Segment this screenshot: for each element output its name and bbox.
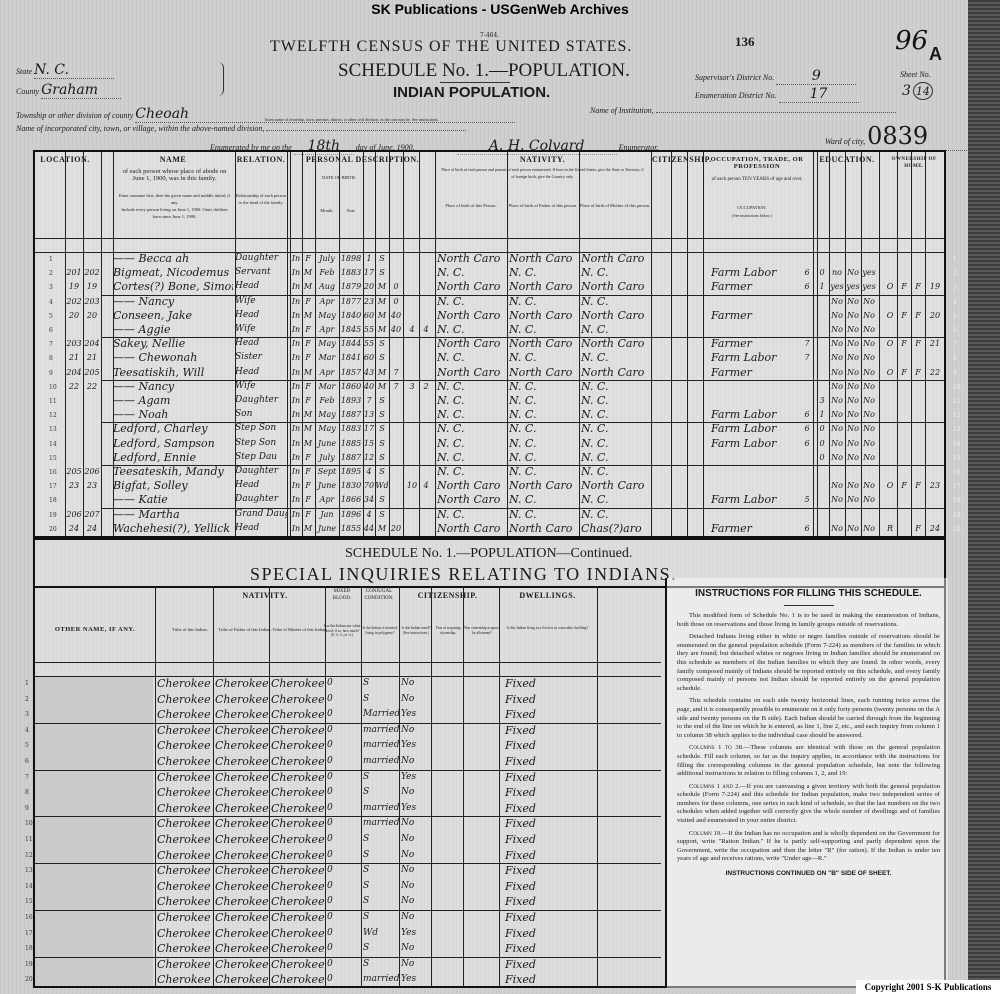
cell-taxed: Yes: [401, 927, 431, 940]
ward-value: 0839: [867, 122, 928, 150]
line-number: 2: [953, 270, 957, 277]
cell-read: No: [829, 479, 845, 492]
line-number: 3: [49, 284, 53, 291]
cell-dwelling: 24: [65, 522, 83, 535]
cell-month: Apr: [315, 295, 339, 308]
cell-color: In: [290, 337, 302, 350]
cell-marital: S: [375, 465, 389, 478]
cell-dwelling: Fixed: [505, 771, 595, 784]
cell-tribe: Cherokee: [157, 849, 215, 862]
cell-conjugal: married: [363, 739, 399, 752]
instructions-p3: This schedule contains on each side twen…: [677, 697, 940, 740]
cell-mixed: 0: [327, 880, 361, 893]
brace: [218, 62, 224, 96]
cell-family: 20: [83, 309, 101, 322]
cell-farm: F: [911, 366, 925, 379]
line-number: 10: [49, 384, 57, 391]
table-row: 3CherokeeCherokeeCherokee0MarriedYesFixe…: [35, 707, 665, 723]
cell-english: No: [861, 366, 877, 379]
cell-age: 20: [363, 280, 375, 293]
cell-read: No: [829, 295, 845, 308]
sheet-circled: 14: [913, 82, 933, 100]
cell-mother: Cherokee: [271, 786, 327, 799]
line-number: 12: [25, 852, 33, 859]
cell-mother-birth: North Caro: [581, 309, 651, 322]
cell-write: yes: [845, 280, 861, 293]
cell-yrs-married: 7: [389, 380, 403, 393]
cell-school: 1: [817, 408, 827, 421]
cell-school: 0: [817, 451, 827, 464]
cell-year: 1879: [339, 280, 363, 293]
cell-mother-birth: North Caro: [581, 252, 651, 265]
cell-relation: Sister: [235, 351, 287, 364]
cell-month: Apr: [315, 366, 339, 379]
cell-sex: F: [302, 380, 314, 393]
cell-read: no: [829, 266, 845, 279]
cell-year: 1855: [339, 522, 363, 535]
cell-taxed: Yes: [401, 771, 431, 784]
cell-occupation: Farmer: [711, 366, 801, 379]
cell-months-unemp: 7: [801, 351, 813, 364]
cell-age: 13: [363, 408, 375, 421]
line-number: 20: [25, 976, 33, 983]
cell-owned: O: [883, 366, 897, 379]
cell-year: 1883: [339, 422, 363, 435]
cell-dwelling: Fixed: [505, 833, 595, 846]
cell-taxed: Yes: [401, 802, 431, 815]
cell-dwelling: Fixed: [505, 739, 595, 752]
line-number: 18: [49, 497, 57, 504]
cell-father-birth: N. C.: [509, 508, 579, 521]
cell-dwelling: Fixed: [505, 724, 595, 737]
line-number: 16: [25, 914, 33, 921]
cell-father-birth: North Caro: [509, 479, 579, 492]
cell-free: F: [897, 366, 911, 379]
cell-dwelling: 202: [65, 295, 83, 308]
cell-color: In: [290, 522, 302, 535]
cell-conjugal: Married: [363, 708, 399, 721]
cell-month: May: [315, 309, 339, 322]
cell-english: No: [861, 351, 877, 364]
cell-birth: N. C.: [437, 451, 507, 464]
cell-dwelling: Fixed: [505, 958, 595, 971]
header-name: NAME: [113, 156, 233, 163]
table-row: 1CherokeeCherokeeCherokee0SNoFixed: [35, 676, 665, 692]
table-row: 14CherokeeCherokeeCherokee0SNoFixed: [35, 879, 665, 895]
cell-read: No: [829, 422, 845, 435]
line-number: 18: [953, 497, 961, 504]
line-number: 7: [953, 341, 957, 348]
cell-year: 1887: [339, 408, 363, 421]
institution-field: Name of Institution,: [590, 106, 896, 115]
cell-read: No: [829, 366, 845, 379]
cell-marital: M: [375, 380, 389, 393]
cell-mother: Cherokee: [271, 708, 327, 721]
cell-name: Ledford, Charley: [113, 422, 233, 435]
cell-tribe: Cherokee: [157, 880, 215, 893]
cell-english: No: [861, 479, 877, 492]
cell-month: Feb: [315, 394, 339, 407]
cell-other-name: [35, 957, 153, 973]
cell-relation: Son: [235, 408, 287, 421]
cell-father: Cherokee: [215, 880, 271, 893]
cell-sex: F: [302, 493, 314, 506]
cell-english: No: [861, 422, 877, 435]
cell-dwelling: Fixed: [505, 802, 595, 815]
line-number: 9: [49, 370, 53, 377]
cell-tribe: Cherokee: [157, 864, 215, 877]
cell-mother: Cherokee: [271, 942, 327, 955]
cell-other-name: [35, 848, 153, 864]
table-row: 1414Ledford, SampsonStep SonInMJune18851…: [35, 437, 944, 451]
line-number: 1: [953, 256, 957, 263]
line-number: 17: [953, 483, 961, 490]
cell-birth: N. C.: [437, 465, 507, 478]
cell-owned: O: [883, 309, 897, 322]
cell-marital: M: [375, 295, 389, 308]
cell-father: Cherokee: [215, 942, 271, 955]
cell-occupation: Farm Labor: [711, 493, 801, 506]
township-value: Cheoah: [135, 106, 189, 122]
header-relation: RELATION.: [235, 156, 287, 163]
cell-birth: N. C.: [437, 394, 507, 407]
cell-father-birth: North Caro: [509, 522, 579, 535]
table-row: 19CherokeeCherokeeCherokee0SNoFixed: [35, 957, 665, 973]
cell-mother: Cherokee: [271, 958, 327, 971]
cell-father: Cherokee: [215, 802, 271, 815]
header-education: EDUCATION.: [817, 156, 877, 163]
instructions-footer: INSTRUCTIONS CONTINUED ON "B" SIDE OF SH…: [677, 870, 940, 877]
cell-other-name: [35, 863, 153, 879]
line-number: 13: [49, 426, 57, 433]
cell-relation: Wife: [235, 323, 287, 336]
cell-occupation: Farm Labor: [711, 351, 801, 364]
cell-owned: O: [883, 337, 897, 350]
line-number: 12: [49, 412, 57, 419]
sheet-value-group: 3 14: [902, 82, 933, 100]
cell-birth: North Caro: [437, 479, 507, 492]
cell-father: Cherokee: [215, 771, 271, 784]
cell-month: May: [315, 408, 339, 421]
cell-year: 1887: [339, 451, 363, 464]
cell-name: Wachehesi(?), Yellick: [113, 522, 233, 535]
cell-father: Cherokee: [215, 677, 271, 690]
cell-age: 4: [363, 508, 375, 521]
cell-mixed: 0: [327, 849, 361, 862]
cell-dwelling: 206: [65, 508, 83, 521]
header-citizenship-2: CITIZENSHIP.: [400, 592, 495, 599]
cell-dwelling: Fixed: [505, 942, 595, 955]
line-number: 4: [25, 727, 29, 734]
line-number: 11: [25, 836, 33, 843]
cell-taxed: No: [401, 833, 431, 846]
instructions-title: INSTRUCTIONS FOR FILLING THIS SCHEDULE.: [677, 588, 940, 599]
cell-birth: N. C.: [437, 380, 507, 393]
table-row: 1111—— AgamDaughterInFFeb18937SN. C.N. C…: [35, 394, 944, 408]
cell-name: Teesateskih, Mandy: [113, 465, 233, 478]
cell-mixed: 0: [327, 708, 361, 721]
line-number: 15: [25, 898, 33, 905]
state-field: State N. C.: [16, 62, 114, 79]
cell-mixed: 0: [327, 864, 361, 877]
cell-color: In: [290, 252, 302, 265]
cell-mixed: 0: [327, 911, 361, 924]
cell-other-name: [35, 785, 153, 801]
cell-color: In: [290, 408, 302, 421]
line-number: 6: [953, 327, 957, 334]
line-number: 12: [953, 412, 961, 419]
cell-yrs-married: 0: [389, 295, 403, 308]
cell-conjugal: married: [363, 817, 399, 830]
cell-farm: F: [911, 309, 925, 322]
schedule-subtitle: INDIAN POPULATION.: [393, 84, 550, 101]
enumeration-value: 17: [810, 86, 828, 102]
cell-dwelling: Fixed: [505, 755, 595, 768]
cell-dwelling: 203: [65, 337, 83, 350]
line-number: 9: [25, 805, 29, 812]
cell-write: No: [845, 337, 861, 350]
cell-mother: Cherokee: [271, 739, 327, 752]
cell-taxed: No: [401, 677, 431, 690]
supervisor-value: 9: [812, 68, 821, 84]
line-number: 2: [25, 696, 29, 703]
cell-name: —— Agam: [113, 394, 233, 407]
table-row: 17CherokeeCherokeeCherokee0WdYesFixed: [35, 926, 665, 942]
cell-sex: F: [302, 451, 314, 464]
cell-father-birth: N. C.: [509, 465, 579, 478]
cell-family: 21: [83, 351, 101, 364]
table-row: 1515Ledford, EnnieStep DauInFJuly188712S…: [35, 451, 944, 465]
line-number: 15: [953, 455, 961, 462]
cell-farm: F: [911, 479, 925, 492]
cell-name: —— Katie: [113, 493, 233, 506]
cell-taxed: No: [401, 911, 431, 924]
cell-year: 1896: [339, 508, 363, 521]
cell-color: In: [290, 465, 302, 478]
cell-marital: S: [375, 337, 389, 350]
cell-dwelling: 22: [65, 380, 83, 393]
cell-conjugal: S: [363, 958, 399, 971]
cell-age: 4: [363, 465, 375, 478]
cell-relation: Servant: [235, 266, 287, 279]
incorporated-field: Name of incorporated city, town, or vill…: [16, 124, 466, 133]
line-number: 8: [953, 355, 957, 362]
cell-father-birth: North Caro: [509, 337, 579, 350]
state-value: N. C.: [34, 62, 69, 78]
line-number: 13: [25, 867, 33, 874]
cell-name: Cortes(?) Bone, Simon: [113, 280, 233, 293]
cell-months-unemp: 6: [801, 280, 813, 293]
cell-other-name: [35, 972, 153, 988]
cell-english: No: [861, 437, 877, 450]
cell-mother-birth: N. C.: [581, 266, 651, 279]
cell-father: Cherokee: [215, 833, 271, 846]
cell-father: Cherokee: [215, 786, 271, 799]
cell-read: No: [829, 337, 845, 350]
cell-color: In: [290, 493, 302, 506]
table-row: 12CherokeeCherokeeCherokee0SNoFixed: [35, 848, 665, 864]
cell-other-name: [35, 894, 153, 910]
cell-color: In: [290, 309, 302, 322]
cell-color: In: [290, 479, 302, 492]
line-number: 7: [25, 774, 29, 781]
cell-yrs-married: 0: [389, 280, 403, 293]
cell-english: No: [861, 323, 877, 336]
table-row: 66—— AggieWifeInFApr184555M4044N. C.N. C…: [35, 323, 944, 337]
cell-other-name: [35, 910, 153, 926]
cell-relation: Head: [235, 337, 287, 350]
cell-other-name: [35, 941, 153, 957]
cell-mixed: 0: [327, 693, 361, 706]
cell-schedule: 23: [925, 479, 945, 492]
cell-write: No: [845, 479, 861, 492]
cell-relation: Head: [235, 309, 287, 322]
header-occupation: OCCUPATION, TRADE, OR PROFESSION: [707, 156, 807, 170]
table-row: 11CherokeeCherokeeCherokee0SNoFixed: [35, 832, 665, 848]
cell-read: No: [829, 394, 845, 407]
township-note: Insert name of township, town, precinct,…: [265, 117, 439, 122]
cell-dwelling: 201: [65, 266, 83, 279]
cell-school: 0: [817, 437, 827, 450]
cell-month: Mar: [315, 351, 339, 364]
cell-name: —— Aggie: [113, 323, 233, 336]
cell-read: No: [829, 437, 845, 450]
cell-mother: Cherokee: [271, 927, 327, 940]
cell-dwelling: Fixed: [505, 864, 595, 877]
cell-sex: F: [302, 252, 314, 265]
line-number: 5: [25, 742, 29, 749]
cell-mother: Cherokee: [271, 771, 327, 784]
cell-mixed: 0: [327, 786, 361, 799]
cell-father-birth: N. C.: [509, 295, 579, 308]
cell-marital: M: [375, 323, 389, 336]
cell-month: July: [315, 252, 339, 265]
cell-read: No: [829, 408, 845, 421]
cell-conjugal: Wd: [363, 927, 399, 940]
cell-conjugal: S: [363, 833, 399, 846]
cell-conjugal: S: [363, 895, 399, 908]
cell-yrs-married: 40: [389, 323, 403, 336]
line-number: 6: [49, 327, 53, 334]
cell-taxed: No: [401, 724, 431, 737]
cell-other-name: [35, 676, 153, 692]
cell-marital: S: [375, 266, 389, 279]
cell-month: June: [315, 437, 339, 450]
cell-english: No: [861, 451, 877, 464]
cell-father: Cherokee: [215, 895, 271, 908]
cell-tribe: Cherokee: [157, 739, 215, 752]
cell-father-birth: N. C.: [509, 408, 579, 421]
cell-living: 4: [419, 479, 433, 492]
cell-father-birth: N. C.: [509, 323, 579, 336]
title-divider: [440, 82, 510, 83]
cell-month: Feb: [315, 266, 339, 279]
cell-mother-birth: N. C.: [581, 380, 651, 393]
cell-conjugal: S: [363, 786, 399, 799]
cell-marital: M: [375, 309, 389, 322]
cell-mixed: 0: [327, 895, 361, 908]
cell-father-birth: N. C.: [509, 493, 579, 506]
cell-free: F: [897, 337, 911, 350]
line-number: 14: [49, 441, 57, 448]
cell-taxed: No: [401, 693, 431, 706]
cell-mother: Cherokee: [271, 724, 327, 737]
line-number: 20: [953, 526, 961, 533]
cell-tribe: Cherokee: [157, 895, 215, 908]
cell-other-name: [35, 723, 153, 739]
cell-father: Cherokee: [215, 973, 271, 986]
cell-family: 22: [83, 380, 101, 393]
cell-month: Apr: [315, 493, 339, 506]
cell-name: —— Chewonah: [113, 351, 233, 364]
cell-mixed: 0: [327, 927, 361, 940]
cell-mother-birth: N. C.: [581, 451, 651, 464]
cell-schedule: 22: [925, 366, 945, 379]
cell-father-birth: North Caro: [509, 280, 579, 293]
cell-age: 60: [363, 309, 375, 322]
cell-name: Sakey, Nellie: [113, 337, 233, 350]
cell-age: 55: [363, 337, 375, 350]
cell-other-name: [35, 754, 153, 770]
cell-write: No: [845, 380, 861, 393]
cell-other-name: [35, 926, 153, 942]
cell-taxed: Yes: [401, 973, 431, 986]
cell-months-unemp: 7: [801, 337, 813, 350]
copyright-notice: Copyright 2001 S-K Publications: [856, 980, 1000, 994]
cell-mother: Cherokee: [271, 864, 327, 877]
census-page: SK Publications - USGenWeb Archives 7-46…: [0, 0, 1000, 994]
cell-birth: North Caro: [437, 337, 507, 350]
cell-father-birth: North Caro: [509, 252, 579, 265]
cell-taxed: Yes: [401, 708, 431, 721]
table-row: 9CherokeeCherokeeCherokee0marriedYesFixe…: [35, 801, 665, 817]
instructions-p2: Detached Indians living either in white …: [677, 633, 940, 693]
cell-father-birth: N. C.: [509, 394, 579, 407]
cell-father-birth: North Caro: [509, 366, 579, 379]
cell-color: In: [290, 437, 302, 450]
cell-conjugal: married: [363, 973, 399, 986]
table-row: 17172323Bigfat, SolleyHeadInFJune183070W…: [35, 479, 944, 493]
cell-year: 1844: [339, 337, 363, 350]
cell-age: 70: [363, 479, 375, 492]
cell-yrs-married: 7: [389, 366, 403, 379]
cell-conjugal: married: [363, 802, 399, 815]
cell-relation: Step Son: [235, 422, 287, 435]
line-number: 17: [25, 930, 33, 937]
cell-dwelling: Fixed: [505, 927, 595, 940]
cell-taxed: No: [401, 864, 431, 877]
cell-age: 40: [363, 380, 375, 393]
cell-dwelling: Fixed: [505, 973, 595, 986]
cell-year: 1841: [339, 351, 363, 364]
cell-father: Cherokee: [215, 755, 271, 768]
cell-dwelling: Fixed: [505, 911, 595, 924]
line-number: 19: [49, 512, 57, 519]
cell-father-birth: N. C.: [509, 380, 579, 393]
cell-english: No: [861, 380, 877, 393]
cell-relation: Daughter: [235, 493, 287, 506]
cell-mother-birth: North Caro: [581, 280, 651, 293]
line-number: 9: [953, 370, 957, 377]
sheet-value: 3: [902, 83, 911, 99]
cell-sex: M: [302, 437, 314, 450]
cell-schedule: 19: [925, 280, 945, 293]
cell-conjugal: S: [363, 693, 399, 706]
cell-mother-birth: N. C.: [581, 394, 651, 407]
line-number: 5: [49, 313, 53, 320]
cell-father-birth: N. C.: [509, 266, 579, 279]
cell-age: 12: [363, 451, 375, 464]
